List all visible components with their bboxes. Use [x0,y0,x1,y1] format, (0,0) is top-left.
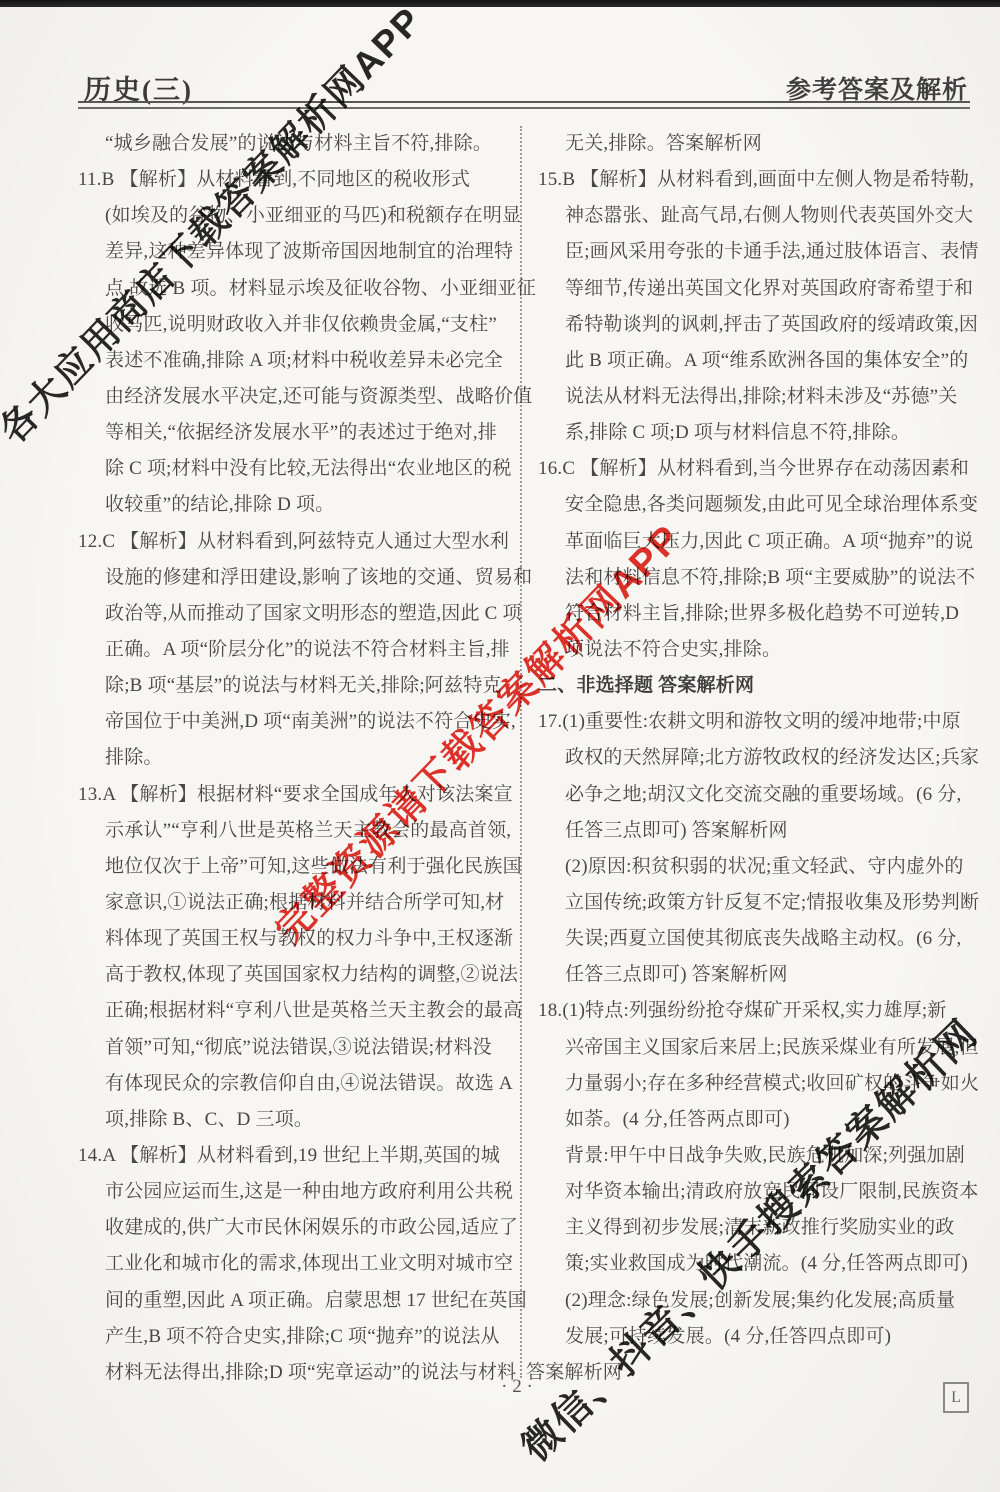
scan-top-edge [0,0,1000,7]
text-line: 家意识,①说法正确;根据材料并结合所学可知,材 [78,885,512,921]
text-line: 说法从材料无法得出,排除;材料未涉及“苏德”关 [538,379,972,415]
text-line: 答案解析网 [526,1355,972,1391]
text-line: 除 C 项;材料中没有比较,无法得出“农业地区的税 [78,451,512,487]
text-line: 政权的天然屏障;北方游牧政权的经济发达区;兵家 [538,740,972,776]
scanned-answer-page: 历史(三) 参考答案及解析 “城乡融合发展”的说法与材料主旨不符,排除。11.B… [0,0,1000,1492]
text-line: 18.(1)特点:列强纷纷抢夺煤矿开采权,实力雄厚;新 [538,993,972,1029]
text-line: 项,排除 B、C、D 三项。 [78,1102,512,1138]
text-line: 示承认”“亨利八世是英格兰天主教会的最高首领, [78,813,512,849]
text-line: 安全隐患,各类问题频发,由此可见全球治理体系变 [538,487,972,523]
text-line: 正确。A 项“阶层分化”的说法不符合材料主旨,排 [78,632,512,668]
text-line: 希特勒谈判的讽刺,抨击了英国政府的绥靖政策,因 [538,307,972,343]
text-line: 革面临巨大压力,因此 C 项正确。A 项“抛弃”的说 [538,524,972,560]
text-line: 表述不准确,排除 A 项;材料中税收差异未必完全 [78,343,512,379]
text-line: 15.B 【解析】从材料看到,画面中左侧人物是希特勒, [538,162,972,198]
corner-registration-mark: L [943,1382,969,1413]
text-line: 差异,这种差异体现了波斯帝国因地制宜的治理特 [78,234,512,270]
text-line: 如荼。(4 分,任答两点即可) [538,1102,972,1138]
text-line: 神态嚣张、趾高气昂,右侧人物则代表英国外交大 [538,198,972,234]
text-line: 帝国位于中美洲,D 项“南美洲”的说法不符合史实, [78,704,512,740]
text-line: 由经济发展水平决定,还可能与资源类型、战略价值 [78,379,512,415]
text-line: 背景:甲午中日战争失败,民族危机加深;列强加剧 [538,1138,972,1174]
page-number: · 2 · [462,1376,572,1398]
text-line: (2)原因:积贫积弱的状况;重文轻武、守内虚外的 [538,849,972,885]
text-line: 16.C 【解析】从材料看到,当今世界存在动荡因素和 [538,451,972,487]
text-line: 料体现了英国王权与教权的权力斗争中,王权逐渐 [78,921,512,957]
text-line: 力量弱小;存在多种经营模式;收回矿权的斗争如火 [538,1066,972,1102]
text-line: 臣;画风采用夸张的卡通手法,通过肢体语言、表情 [538,234,972,270]
text-line: 地位仅次于上帝”可知,这些做法有利于强化民族国 [78,849,512,885]
text-line: 任答三点即可) 答案解析网 [538,957,972,993]
text-line: (2)理念:绿色发展;创新发展;集约化发展;高质量 [538,1283,972,1319]
text-line: 13.A 【解析】根据材料“要求全国成年人对该法案宣 [78,777,512,813]
text-line: 无关,排除。答案解析网 [538,126,972,162]
text-line: 11.B 【解析】从材料看到,不同地区的税收形式 [78,162,512,198]
text-line: 等相关,“依据经济发展水平”的表述过于绝对,排 [78,415,512,451]
text-line: 14.A 【解析】从材料看到,19 世纪上半期,英国的城 [78,1138,512,1174]
text-line: 失误;西夏立国使其彻底丧失战略主动权。(6 分, [538,921,972,957]
text-line: 此 B 项正确。A 项“维系欧洲各国的集体安全”的 [538,343,972,379]
text-line: 点,故选 B 项。材料显示埃及征收谷物、小亚细亚征 [78,271,512,307]
text-line: 收马匹,说明财政收入并非仅依赖贵金属,“支柱” [78,307,512,343]
text-line: 工业化和城市化的需求,体现出工业文明对城市空 [78,1246,512,1282]
text-line: 材料无法得出,排除;D 项“宪章运动”的说法与材料 [78,1355,512,1391]
text-line: 发展;可持续发展。(4 分,任答四点即可) [538,1319,972,1355]
text-line: 排除。 [78,740,512,776]
text-line: 17.(1)重要性:农耕文明和游牧文明的缓冲地带;中原 [538,704,972,740]
answer-column-right: 无关,排除。答案解析网15.B 【解析】从材料看到,画面中左侧人物是希特勒,神态… [538,126,972,1391]
text-line: 正确;根据材料“亨利八世是英格兰天主教会的最高 [78,993,512,1029]
header-double-rule [78,101,970,109]
text-line: “城乡融合发展”的说法与材料主旨不符,排除。 [78,126,512,162]
text-line: 任答三点即可) 答案解析网 [538,813,972,849]
answer-column-left: “城乡融合发展”的说法与材料主旨不符,排除。11.B 【解析】从材料看到,不同地… [78,126,512,1391]
text-line: 间的重塑,因此 A 项正确。启蒙思想 17 世纪在英国 [78,1283,512,1319]
text-line: 产生,B 项不符合史实,排除;C 项“抛弃”的说法从 [78,1319,512,1355]
text-line: 兴帝国主义国家后来居上;民族采煤业有所发展,但 [538,1030,972,1066]
text-line: 高于教权,体现了英国国家权力结构的调整,②说法 [78,957,512,993]
text-line: 对华资本输出;清政府放宽民间设厂限制,民族资本 [538,1174,972,1210]
text-line: 二、非选择题 答案解析网 [538,668,972,704]
text-line: 系,排除 C 项;D 项与材料信息不符,排除。 [538,415,972,451]
text-line: 主义得到初步发展;清末新政推行奖励实业的政 [538,1210,972,1246]
text-line: 立国传统;政策方针反复不定;情报收集及形势判断 [538,885,972,921]
text-line: 首领”可知,“彻底”说法错误,③说法错误;材料没 [78,1030,512,1066]
text-line: 收建成的,供广大市民休闲娱乐的市政公园,适应了 [78,1210,512,1246]
column-divider [520,126,522,1378]
text-line: 设施的修建和浮田建设,影响了该地的交通、贸易和 [78,560,512,596]
text-line: 项说法不符合史实,排除。 [538,632,972,668]
text-line: 12.C 【解析】从材料看到,阿兹特克人通过大型水利 [78,524,512,560]
text-line: 策;实业救国成为时代潮流。(4 分,任答两点即可) [538,1246,972,1282]
text-line: 等细节,传递出英国文化界对英国政府寄希望于和 [538,271,972,307]
text-line: 符合材料主旨,排除;世界多极化趋势不可逆转,D [538,596,972,632]
text-line: 除;B 项“基层”的说法与材料无关,排除;阿兹特克 [78,668,512,704]
text-line: 必争之地;胡汉文化交流交融的重要场域。(6 分, [538,777,972,813]
text-line: 政治等,从而推动了国家文明形态的塑造,因此 C 项 [78,596,512,632]
text-line: 收较重”的结论,排除 D 项。 [78,487,512,523]
text-line: 法和材料信息不符,排除;B 项“主要威胁”的说法不 [538,560,972,596]
text-line: 市公园应运而生,这是一种由地方政府利用公共税 [78,1174,512,1210]
text-line: 有体现民众的宗教信仰自由,④说法错误。故选 A [78,1066,512,1102]
text-line: (如埃及的谷物、小亚细亚的马匹)和税额存在明显 [78,198,512,234]
